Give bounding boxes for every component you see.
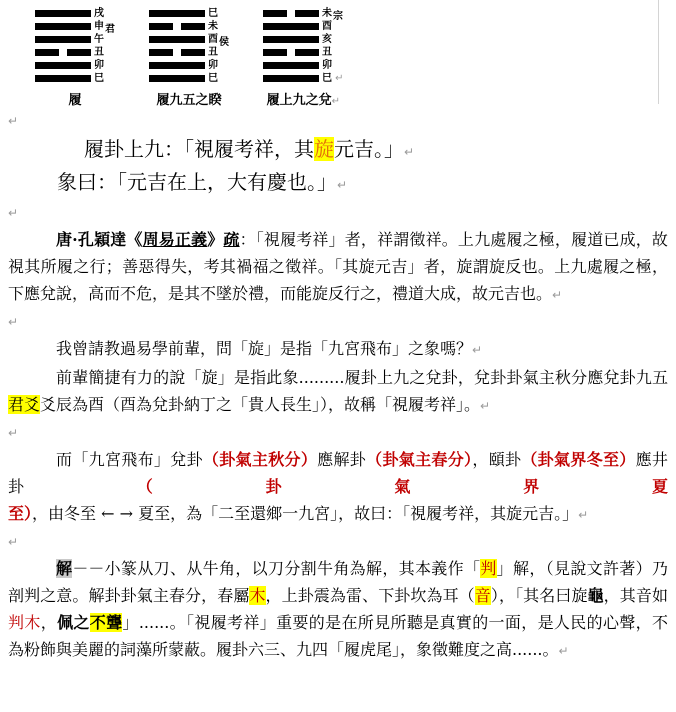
- text-run: （卦氣主春分）: [366, 450, 472, 469]
- heading-line-yao-text: 履卦上九：「視履考祥，其旋元吉。」↵: [8, 134, 668, 167]
- text-run: ，其音如: [604, 586, 668, 605]
- yao-line-row: 酉侯: [149, 36, 229, 43]
- pilcrow-mark: ↵: [552, 288, 562, 302]
- text-run: ，上卦震為雷、下卦坎為耳（: [266, 586, 475, 605]
- yao-line-row: 未: [149, 23, 229, 30]
- empty-paragraph: ↵: [8, 200, 668, 226]
- hexagram-figure: 戌申君午丑卯巳履: [35, 10, 115, 108]
- yao-branch-label: 巳: [208, 75, 218, 82]
- yao-line-row: 丑: [263, 49, 344, 56]
- text-run: 疏: [223, 230, 239, 249]
- yao-branch-label: 酉侯: [208, 36, 229, 43]
- hexagram-caption: 履九五之睽: [149, 94, 229, 108]
- text-run: －－小篆从刀、从牛角，以刀分割牛角為解，其本義作「: [72, 559, 480, 578]
- solid-yao-line: [35, 10, 91, 17]
- text-run: 不聾: [90, 613, 123, 632]
- yao-branch-label: 巳 ↵: [322, 75, 344, 82]
- text-run: ，: [41, 613, 57, 632]
- empty-paragraph: ↵: [8, 420, 668, 446]
- hexagram-figure: 巳未酉侯丑卯巳履九五之睽: [149, 10, 229, 108]
- paragraph-question: 我曾請教過易學前輩，問「旋」是指「九宮飛布」之象嗎？↵: [8, 335, 668, 364]
- text-run: 前輩簡捷有力的說「旋」是指此象.........履卦上九之兌卦，兌卦卦氣主秋分應…: [56, 368, 668, 387]
- yao-line-row: 卯: [149, 62, 229, 69]
- pilcrow-mark: ↵: [8, 426, 18, 440]
- empty-paragraph: ↵: [8, 309, 668, 335]
- solid-yao-line: [149, 10, 205, 17]
- yao-branch-label: 卯: [322, 62, 332, 69]
- pilcrow-mark: ↵: [332, 96, 340, 107]
- yao-branch-label: 酉: [322, 23, 332, 30]
- text-run: 判木: [8, 613, 41, 632]
- text-run: 旋: [314, 137, 334, 161]
- paragraph-nine-palace: 而「九宮飛布」兌卦（卦氣主秋分）應解卦（卦氣主春分），頤卦（卦氣界冬至）應井卦（…: [8, 446, 668, 529]
- yao-branch-label: 申君: [94, 23, 115, 30]
- hexagram-caption: 履: [35, 94, 115, 108]
- text-run: （卦氣界冬至）: [521, 450, 635, 469]
- solid-yao-line: [149, 62, 205, 69]
- paragraph-kong-yingda-commentary: 唐·孔穎達《周易正義》疏：「視履考祥」者，祥謂徵祥。上九處履之極，履道已成，故視…: [8, 226, 668, 309]
- solid-yao-line: [149, 75, 205, 82]
- paragraph-answer: 前輩簡捷有力的說「旋」是指此象.........履卦上九之兌卦，兌卦卦氣主秋分應…: [8, 364, 668, 420]
- solid-yao-line: [35, 62, 91, 69]
- text-run: 象曰：「元吉在上，大有慶也。」: [57, 170, 337, 194]
- shi-rank-mark: 君: [105, 24, 115, 35]
- solid-yao-line: [263, 36, 319, 43]
- pilcrow-mark: ↵: [472, 343, 482, 357]
- solid-yao-line: [263, 23, 319, 30]
- yao-line-row: 巳: [149, 75, 229, 82]
- shi-rank-mark: 侯: [219, 37, 229, 48]
- empty-paragraph: ↵: [8, 529, 668, 555]
- text-run: （卦氣主秋分）: [203, 450, 317, 469]
- document-page: 戌申君午丑卯巳履巳未酉侯丑卯巳履九五之睽未宗酉亥丑卯巳 ↵履上九之兌↵ ↵ 履卦…: [0, 0, 676, 712]
- yao-branch-label: 卯: [94, 62, 104, 69]
- yao-branch-label: 丑: [322, 49, 332, 56]
- broken-yao-line: [35, 49, 91, 56]
- yao-branch-label: 午: [94, 36, 104, 43]
- hexagram-lines: 未宗酉亥丑卯巳 ↵: [263, 10, 344, 88]
- yao-branch-label: 巳: [94, 75, 104, 82]
- yao-line-row: 巳: [35, 75, 115, 82]
- yao-branch-label: 亥: [322, 36, 332, 43]
- hexagram-lines: 戌申君午丑卯巳: [35, 10, 115, 88]
- yao-branch-label: 丑: [94, 49, 104, 56]
- text-run: 君爻: [8, 395, 40, 414]
- text-run: ，頤卦: [472, 450, 521, 469]
- text-run: 《: [126, 230, 142, 249]
- yao-line-row: 未宗: [263, 10, 344, 17]
- yao-line-row: 巳: [149, 10, 229, 17]
- broken-yao-line: [149, 23, 205, 30]
- solid-yao-line: [35, 23, 91, 30]
- solid-yao-line: [263, 75, 319, 82]
- pilcrow-mark: ↵: [578, 508, 588, 522]
- text-run: 龜: [588, 586, 604, 605]
- heading-line-xiang-text: 象曰：「元吉在上，大有慶也。」↵: [8, 167, 668, 200]
- text-run: 解: [56, 559, 72, 578]
- text-run: 判: [480, 559, 496, 578]
- solid-yao-line: [35, 36, 91, 43]
- shi-rank-mark: 宗: [333, 11, 343, 22]
- document-body: ↵ 履卦上九：「視履考祥，其旋元吉。」↵ 象曰：「元吉在上，大有慶也。」↵ ↵ …: [0, 108, 676, 665]
- text-run: ，由冬至 ← → 夏至，為「二至還鄉一九宮」，故曰：「視履考祥，其旋元吉。」: [32, 504, 578, 523]
- yao-line-row: 卯: [263, 62, 344, 69]
- pilcrow-mark: ↵: [8, 206, 18, 220]
- hexagram-caption: 履上九之兌↵: [263, 94, 344, 109]
- pilcrow-mark: ↵: [404, 145, 414, 159]
- yao-branch-label: 戌: [94, 10, 104, 17]
- yao-line-row: 丑: [35, 49, 115, 56]
- yao-line-row: 亥: [263, 36, 344, 43]
- pilcrow-mark: ↵: [332, 73, 344, 84]
- yao-branch-label: 未宗: [322, 10, 343, 17]
- hexagram-lines: 巳未酉侯丑卯巳: [149, 10, 229, 88]
- broken-yao-line: [263, 49, 319, 56]
- heading-block: 履卦上九：「視履考祥，其旋元吉。」↵ 象曰：「元吉在上，大有慶也。」↵: [8, 134, 668, 200]
- text-boundary-line: [658, 0, 659, 104]
- text-run: 唐·孔穎達: [56, 230, 126, 249]
- solid-yao-line: [149, 36, 205, 43]
- hexagram-figures-row: 戌申君午丑卯巳履巳未酉侯丑卯巳履九五之睽未宗酉亥丑卯巳 ↵履上九之兌↵: [0, 0, 676, 108]
- solid-yao-line: [263, 62, 319, 69]
- broken-yao-line: [149, 49, 205, 56]
- text-run: 周易正義: [143, 230, 208, 249]
- pilcrow-mark: ↵: [8, 315, 18, 329]
- pilcrow-mark: ↵: [480, 399, 490, 413]
- yao-branch-label: 丑: [208, 49, 218, 56]
- pilcrow-mark: ↵: [559, 644, 569, 658]
- text-run: 爻辰為酉（酉為兌卦納丁之「貴人長生」），故稱「視履考祥」。: [40, 395, 480, 414]
- text-run: 而「九宮飛布」兌卦: [56, 450, 203, 469]
- broken-yao-line: [263, 10, 319, 17]
- text-run: 元吉。」: [334, 137, 404, 161]
- hexagram-figure: 未宗酉亥丑卯巳 ↵履上九之兌↵: [263, 10, 344, 108]
- empty-paragraph: ↵: [8, 108, 668, 134]
- yao-line-row: 午: [35, 36, 115, 43]
- yao-line-row: 申君: [35, 23, 115, 30]
- pilcrow-mark: ↵: [337, 178, 347, 192]
- text-run: 履卦上九：「視履考祥，其: [84, 137, 314, 161]
- text-run: 木: [249, 586, 265, 605]
- pilcrow-mark: ↵: [8, 535, 18, 549]
- yao-line-row: 戌: [35, 10, 115, 17]
- yao-line-row: 丑: [149, 49, 229, 56]
- text-run: 音: [475, 586, 491, 605]
- yao-branch-label: 巳: [208, 10, 218, 17]
- text-run: ），「其名曰旋: [491, 586, 588, 605]
- yao-branch-label: 卯: [208, 62, 218, 69]
- text-run: 應解卦: [317, 450, 366, 469]
- text-run: 佩之: [57, 613, 90, 632]
- yao-branch-label: 未: [208, 23, 218, 30]
- solid-yao-line: [35, 75, 91, 82]
- pilcrow-mark: ↵: [8, 114, 18, 128]
- yao-line-row: 酉: [263, 23, 344, 30]
- text-run: 》: [207, 230, 223, 249]
- yao-line-row: 巳 ↵: [263, 75, 344, 82]
- paragraph-jie-explanation: 解－－小篆从刀、从牛角，以刀分割牛角為解，其本義作「判」解，（見說文許著）乃剖判…: [8, 555, 668, 665]
- yao-line-row: 卯: [35, 62, 115, 69]
- text-run: 我曾請教過易學前輩，問「旋」是指「九宮飛布」之象嗎？: [56, 339, 472, 358]
